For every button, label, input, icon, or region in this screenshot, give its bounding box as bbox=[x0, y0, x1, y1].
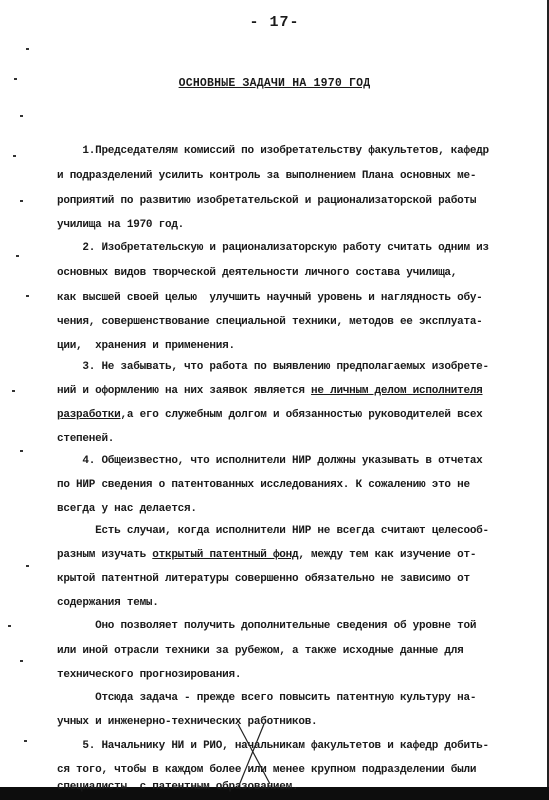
scanned-document-page: - 17- ОСНОВНЫЕ ЗАДАЧИ НА 1970 ГОД 1.Пред… bbox=[0, 0, 549, 800]
document-title: ОСНОВНЫЕ ЗАДАЧИ НА 1970 ГОД bbox=[0, 77, 549, 90]
text-line: 2. Изобретательскую и рационализаторскую… bbox=[57, 242, 537, 254]
text-line: ся того, чтобы в каждом более или менее … bbox=[57, 764, 537, 776]
text-line: специалисты с патентным образованием. bbox=[57, 781, 537, 793]
text-line: роприятий по развитию изобретательской и… bbox=[57, 195, 537, 207]
margin-mark bbox=[14, 78, 17, 80]
text-line: 4. Общеизвестно, что исполнители НИР дол… bbox=[57, 455, 537, 467]
text-line: технического прогнозирования. bbox=[57, 669, 537, 681]
text-line: училища на 1970 год. bbox=[57, 219, 537, 231]
text-line: по НИР сведения о патентованных исследов… bbox=[57, 479, 537, 491]
text-line: ции, хранения и применения. bbox=[57, 340, 537, 352]
margin-mark bbox=[20, 450, 23, 452]
text-line: Есть случаи, когда исполнители НИР не вс… bbox=[57, 525, 537, 537]
margin-mark bbox=[16, 255, 19, 257]
margin-mark bbox=[20, 115, 23, 117]
text-line: степеней. bbox=[57, 433, 537, 445]
margin-mark bbox=[26, 565, 29, 567]
margin-mark bbox=[26, 48, 29, 50]
text-line: Оно позволяет получить дополнительные св… bbox=[57, 620, 537, 632]
text-line: 1.Председателям комиссий по изобретатель… bbox=[57, 145, 537, 157]
text-line: или иной отрасли техники за рубежом, а т… bbox=[57, 645, 537, 657]
text-line: разработки,а его служебным долгом и обяз… bbox=[57, 409, 537, 421]
text-line: Отсюда задача - прежде всего повысить па… bbox=[57, 692, 537, 704]
text-line: разным изучать открытый патентный фонд, … bbox=[57, 549, 537, 561]
text-line: и подразделений усилить контроль за выпо… bbox=[57, 170, 537, 182]
margin-mark bbox=[8, 625, 11, 627]
text-line: содержания темы. bbox=[57, 597, 537, 609]
text-line: учных и инженерно-технических работников… bbox=[57, 716, 537, 728]
text-line: 3. Не забывать, что работа по выявлению … bbox=[57, 361, 537, 373]
margin-mark bbox=[24, 740, 27, 742]
underlined-phrase: открытый патентный фонд bbox=[152, 549, 298, 561]
page-number: - 17- bbox=[0, 14, 549, 31]
margin-mark bbox=[26, 295, 29, 297]
text-line: ний и оформлению на них заявок является … bbox=[57, 385, 537, 397]
margin-mark bbox=[20, 200, 23, 202]
text-line: крытой патентной литературы совершенно о… bbox=[57, 573, 537, 585]
margin-mark bbox=[20, 660, 23, 662]
text-line: основных видов творческой деятельности л… bbox=[57, 267, 537, 279]
text-line: чения, совершенствование специальной тех… bbox=[57, 316, 537, 328]
text-line: 5. Начальнику НИ и РИО, начальникам факу… bbox=[57, 740, 537, 752]
underlined-phrase: не личным делом исполнителя bbox=[311, 385, 482, 397]
underlined-phrase: разработки bbox=[57, 409, 121, 421]
text-line: как высшей своей целью улучшить научный … bbox=[57, 292, 537, 304]
margin-mark bbox=[13, 155, 16, 157]
margin-mark bbox=[12, 390, 15, 392]
text-line: всегда у нас делается. bbox=[57, 503, 537, 515]
